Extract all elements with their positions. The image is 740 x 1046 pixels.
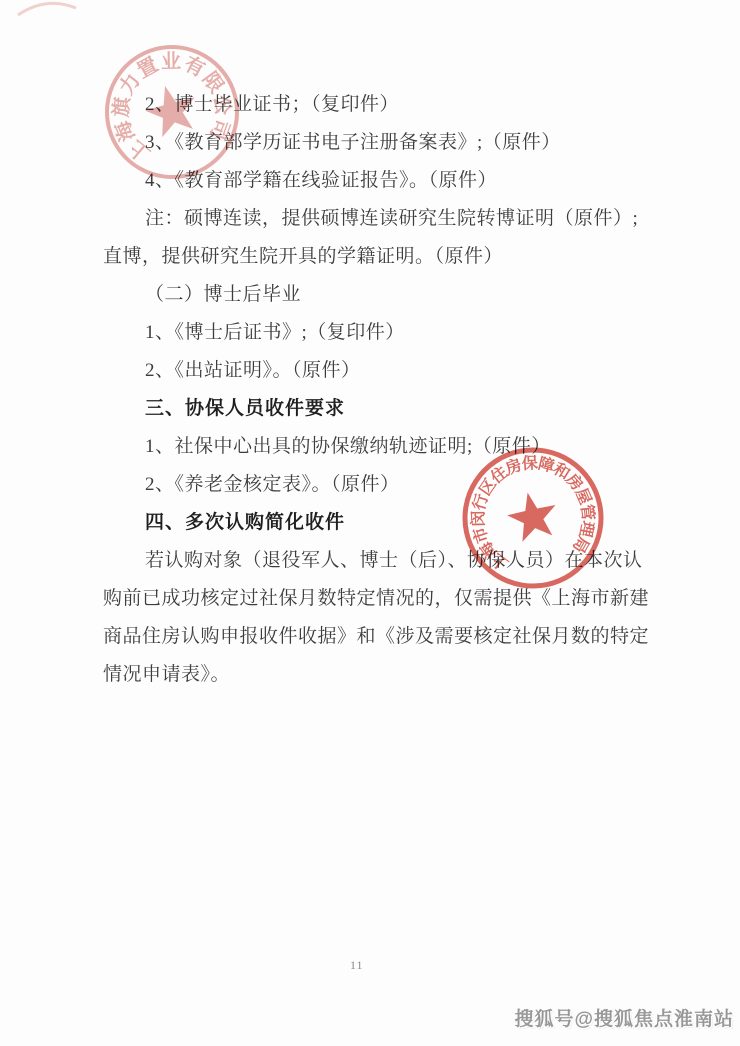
text-line: 直博，提供研究生院开具的学籍证明。（原件） <box>103 238 643 276</box>
company-seal-char: 置 <box>133 53 162 83</box>
text-line: 4、《教育部学籍在线验证报告》。（原件） <box>103 162 643 200</box>
section-heading: 四、多次认购简化收件 <box>103 504 643 542</box>
text-line: 2、《出站证明》。（原件） <box>103 352 643 390</box>
text-line: （二）博士后毕业 <box>103 276 643 314</box>
text-line: 商品住房认购申报收件收据》和《涉及需要核定社保月数的特定 <box>103 618 643 656</box>
text-line: 情况申请表》。 <box>103 656 643 694</box>
text-line: 3、《教育部学历证书电子注册备案表》;（原件） <box>103 124 643 162</box>
page-number: 11 <box>350 958 364 973</box>
document-page: 2、博士毕业证书；（复印件）3、《教育部学历证书电子注册备案表》;（原件）4、《… <box>0 0 740 1046</box>
text-line: 2、博士毕业证书；（复印件） <box>103 86 643 124</box>
text-line: 购前已成功核定过社保月数特定情况的，仅需提供《上海市新建 <box>103 580 643 618</box>
text-line: 2、《养老金核定表》。（原件） <box>103 466 643 504</box>
watermark: 搜狐号@搜狐焦点淮南站 <box>514 1004 734 1031</box>
text-line: 若认购对象（退役军人、博士（后）、协保人员）在本次认 <box>103 542 643 580</box>
company-seal-char: 业 <box>161 50 181 73</box>
text-line: 注：硕博连读，提供硕博连读研究生院转博证明（原件）; <box>103 200 643 238</box>
text-line: 1、《博士后证书》;（复印件） <box>103 314 643 352</box>
document-body: 2、博士毕业证书；（复印件）3、《教育部学历证书电子注册备案表》;（原件）4、《… <box>103 86 643 694</box>
stamp-edge-artifact <box>18 3 76 15</box>
text-line: 1、社保中心出具的协保缴纳轨迹证明;（原件） <box>103 428 643 466</box>
section-heading: 三、协保人员收件要求 <box>103 390 643 428</box>
company-seal-char: 有 <box>181 51 210 81</box>
